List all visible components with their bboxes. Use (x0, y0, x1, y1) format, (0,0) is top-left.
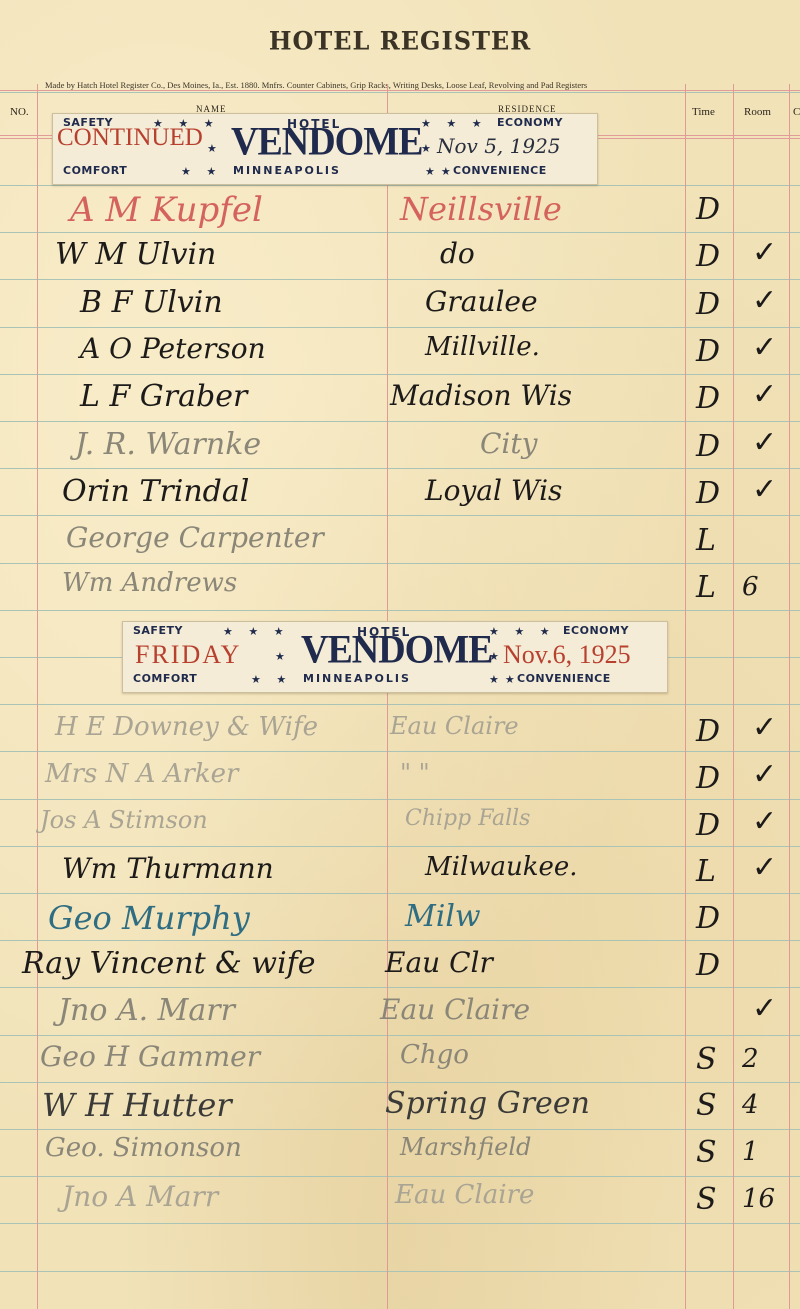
rule-line (0, 1035, 800, 1036)
arrival-time-mark: D (696, 192, 720, 227)
arrival-time-mark: D (696, 429, 720, 464)
checkmark-icon: ✓ (752, 850, 777, 885)
rule-line (0, 610, 800, 611)
guest-residence: Graulee (425, 285, 538, 318)
column-header-time: Time (692, 106, 715, 118)
star-icon: ★ ★ (181, 165, 222, 178)
arrival-time-mark: L (696, 570, 716, 605)
guest-residence: Millville. (425, 332, 540, 362)
arrival-time-mark: D (696, 714, 720, 749)
guest-name: W M Ulvin (55, 237, 216, 272)
stamp-convenience: CONVENIENCE (517, 672, 611, 685)
room-number: 4 (742, 1090, 759, 1120)
guest-residence: Madison Wis (390, 379, 572, 412)
rule-line (0, 1223, 800, 1224)
guest-residence: City (480, 427, 537, 460)
stamp-date-handwritten: Nov 5, 1925 (437, 134, 561, 158)
checkmark-icon: ✓ (752, 804, 777, 839)
rule-line (0, 704, 800, 705)
stamp-economy: ECONOMY (497, 116, 563, 129)
guest-name: Wm Andrews (62, 568, 237, 598)
arrival-time-mark: D (696, 476, 720, 511)
guest-name: Jno A. Marr (58, 993, 235, 1028)
star-icon: ★ ★ ★ (489, 625, 556, 638)
column-header-room: Room (744, 106, 771, 118)
guest-residence: Eau Claire (395, 1180, 534, 1210)
checkmark-icon: ✓ (752, 330, 777, 365)
rule-line (0, 1271, 800, 1272)
rule-line (0, 92, 800, 93)
arrival-time-mark: L (696, 523, 716, 558)
star-icon: ★ (421, 142, 437, 155)
guest-residence: Eau Clr (385, 946, 493, 979)
stamp-hotel-name: VENDOME (301, 627, 492, 673)
hotel-date-stamp-continued: SAFETY ★ ★ ★ CONTINUED ★ COMFORT ★ ★ HOT… (52, 113, 598, 185)
column-divider (685, 84, 686, 1309)
guest-residence: Milwaukee. (425, 852, 578, 882)
guest-residence: Loyal Wis (425, 474, 562, 507)
star-icon: ★★ (489, 673, 521, 686)
arrival-time-mark: D (696, 239, 720, 274)
checkmark-icon: ✓ (752, 710, 777, 745)
maker-line: Made by Hatch Hotel Register Co., Des Mo… (45, 80, 587, 90)
checkmark-icon: ✓ (752, 757, 777, 792)
stamp-comfort: COMFORT (63, 164, 127, 177)
room-number: 2 (742, 1044, 759, 1074)
arrival-time-mark: D (696, 901, 720, 936)
rule-line (0, 374, 800, 375)
rule-line (0, 185, 800, 186)
column-divider (37, 84, 38, 1309)
rule-line (0, 421, 800, 422)
rule-line (0, 563, 800, 564)
rule-line (0, 90, 800, 91)
guest-name: Ray Vincent & wife (22, 946, 316, 981)
room-number: 6 (742, 572, 759, 602)
rule-line (0, 327, 800, 328)
arrival-time-mark: D (696, 334, 720, 369)
stamp-safety: SAFETY (133, 624, 183, 637)
guest-residence: Neillsville (400, 190, 562, 228)
rule-line (0, 1082, 800, 1083)
stamp-comfort: COMFORT (133, 672, 197, 685)
room-number: 1 (742, 1137, 759, 1167)
star-icon: ★ ★ ★ (421, 117, 488, 130)
checkmark-icon: ✓ (752, 235, 777, 270)
arrival-time-mark: L (696, 854, 716, 889)
rule-line (0, 1176, 800, 1177)
rule-line (0, 846, 800, 847)
guest-name: A O Peterson (80, 332, 266, 365)
checkmark-icon: ✓ (752, 283, 777, 318)
rule-line (0, 799, 800, 800)
hotel-date-stamp-friday: SAFETY ★ ★ ★ FRIDAY ★ COMFORT ★ ★ HOTEL … (122, 621, 668, 693)
column-header-no: NO. (10, 106, 29, 118)
guest-name: H E Downey & Wife (55, 712, 318, 742)
arrival-time-mark: S (696, 1088, 717, 1123)
guest-residence: Chgo (400, 1040, 469, 1070)
stamp-date: Nov.6, 1925 (503, 640, 631, 670)
stamp-day: CONTINUED (57, 124, 203, 152)
arrival-time-mark: S (696, 1135, 717, 1170)
stamp-city: MINNEAPOLIS (303, 672, 411, 685)
guest-name: J. R. Warnke (75, 427, 261, 462)
guest-name: Geo Murphy (48, 899, 250, 937)
checkmark-icon: ✓ (752, 425, 777, 460)
guest-name: A M Kupfel (70, 190, 263, 230)
rule-line (0, 515, 800, 516)
checkmark-icon: ✓ (752, 991, 777, 1026)
checkmark-icon: ✓ (752, 472, 777, 507)
rule-line (0, 468, 800, 469)
column-divider (789, 84, 790, 1309)
guest-name: Orin Trindal (62, 474, 249, 509)
arrival-time-mark: S (696, 1042, 717, 1077)
guest-name: Mrs N A Arker (45, 759, 239, 789)
stamp-convenience: CONVENIENCE (453, 164, 547, 177)
rule-line (0, 279, 800, 280)
register-title: HOTEL REGISTER (0, 25, 800, 55)
rule-line (0, 940, 800, 941)
stamp-day: FRIDAY (135, 640, 241, 670)
guest-name: B F Ulvin (80, 285, 223, 320)
guest-residence: Eau Claire (390, 712, 519, 740)
rule-line (0, 232, 800, 233)
guest-name: Jno A Marr (62, 1180, 218, 1213)
star-icon: ★ ★ ★ (223, 625, 290, 638)
guest-name: L F Graber (80, 379, 247, 414)
stamp-hotel-name: VENDOME (231, 119, 422, 165)
star-icon: ★ (275, 650, 291, 663)
star-icon: ★★ (425, 165, 457, 178)
guest-residence: Milw (405, 899, 481, 934)
guest-name: Geo H Gammer (40, 1040, 260, 1073)
checkmark-icon: ✓ (752, 377, 777, 412)
rule-line (0, 1129, 800, 1130)
rule-line (0, 751, 800, 752)
arrival-time-mark: D (696, 948, 720, 983)
rule-line (0, 987, 800, 988)
rule-line (0, 893, 800, 894)
guest-name: Wm Thurmann (62, 852, 274, 885)
star-icon: ★ (207, 142, 223, 155)
guest-residence: Spring Green (385, 1086, 590, 1121)
room-number: 16 (742, 1184, 775, 1214)
guest-name: Jos A Stimson (40, 806, 208, 834)
guest-name: W H Hutter (42, 1086, 232, 1124)
stamp-city: MINNEAPOLIS (233, 164, 341, 177)
column-divider (733, 84, 734, 1309)
guest-residence: " " (400, 759, 430, 787)
arrival-time-mark: D (696, 761, 720, 796)
arrival-time-mark: S (696, 1182, 717, 1217)
guest-residence: Chipp Falls (405, 806, 530, 831)
guest-residence: Marshfield (400, 1133, 531, 1161)
arrival-time-mark: D (696, 381, 720, 416)
column-divider (387, 84, 388, 1309)
guest-residence: Eau Claire (380, 993, 530, 1026)
guest-name: George Carpenter (66, 521, 324, 554)
star-icon: ★ ★ (251, 673, 292, 686)
guest-name: Geo. Simonson (45, 1133, 242, 1163)
column-header-ch: Ch (793, 106, 800, 118)
stamp-economy: ECONOMY (563, 624, 629, 637)
guest-residence: do (440, 237, 475, 270)
arrival-time-mark: D (696, 287, 720, 322)
arrival-time-mark: D (696, 808, 720, 843)
